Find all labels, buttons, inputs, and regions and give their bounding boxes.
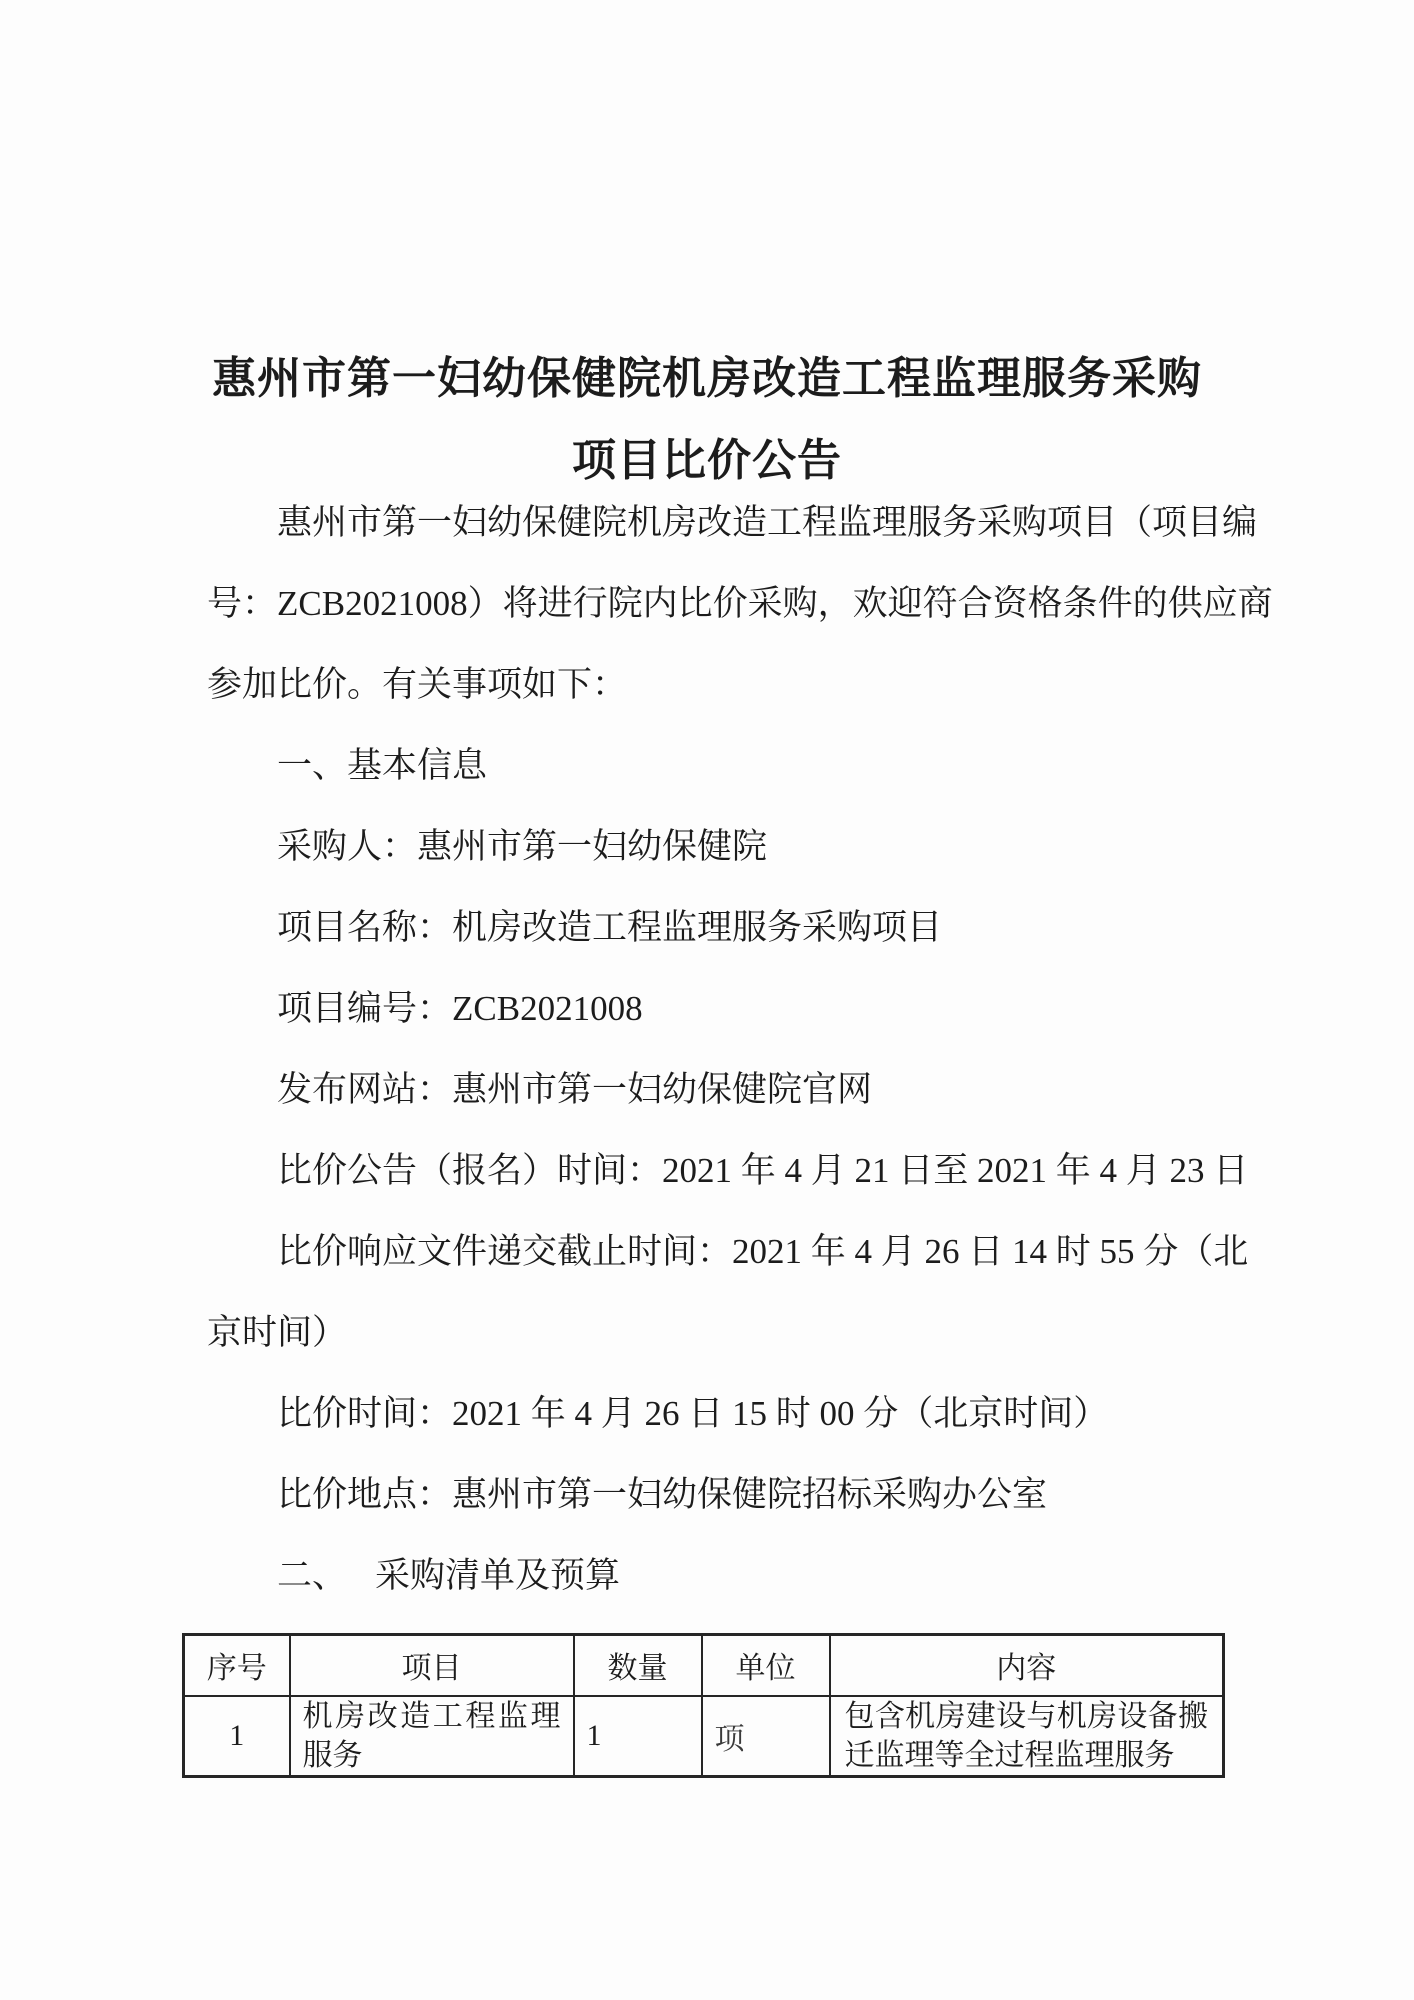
deadline-line-2: 京时间）	[207, 1292, 1207, 1373]
intro-line-3: 参加比价。有关事项如下：	[207, 644, 1207, 725]
project-name-line: 项目名称：机房改造工程监理服务采购项目	[207, 887, 1207, 968]
header-cell-unit: 单位	[702, 1635, 830, 1696]
scanned-document-page: 惠州市第一妇幼保健院机房改造工程监理服务采购 项目比价公告 惠州市第一妇幼保健院…	[0, 0, 1414, 2000]
header-cell-item: 项目	[290, 1635, 574, 1696]
document-content: 惠州市第一妇幼保健院机房改造工程监理服务采购 项目比价公告 惠州市第一妇幼保健院…	[207, 0, 1207, 1778]
publish-site-line: 发布网站：惠州市第一妇幼保健院官网	[207, 1049, 1207, 1130]
purchaser-line: 采购人：惠州市第一妇幼保健院	[207, 806, 1207, 887]
document-title: 惠州市第一妇幼保健院机房改造工程监理服务采购 项目比价公告	[207, 338, 1207, 502]
compare-time-line: 比价时间：2021 年 4 月 26 日 15 时 00 分（北京时间）	[207, 1373, 1207, 1454]
procurement-table: 序号 项目 数量 单位 内容 1 机房改造工程监理服务 1 项 包含机房建设与机…	[182, 1633, 1225, 1778]
table-header-row: 序号 项目 数量 单位 内容	[184, 1635, 1224, 1696]
title-line-1: 惠州市第一妇幼保健院机房改造工程监理服务采购	[207, 338, 1207, 420]
intro-line-2: 号：ZCB2021008）将进行院内比价采购，欢迎符合资格条件的供应商	[207, 563, 1207, 644]
section-2-label: 二、	[277, 1556, 347, 1595]
cell-content: 包含机房建设与机房设备搬迁监理等全过程监理服务	[830, 1696, 1224, 1777]
section-2-heading: 二、采购清单及预算	[207, 1535, 1207, 1616]
announce-time-line: 比价公告（报名）时间：2021 年 4 月 21 日至 2021 年 4 月 2…	[207, 1130, 1207, 1211]
header-cell-no: 序号	[184, 1635, 290, 1696]
compare-place-line: 比价地点：惠州市第一妇幼保健院招标采购办公室	[207, 1454, 1207, 1535]
header-cell-qty: 数量	[574, 1635, 702, 1696]
document-body: 惠州市第一妇幼保健院机房改造工程监理服务采购项目（项目编 号：ZCB202100…	[207, 482, 1207, 1616]
project-number-line: 项目编号：ZCB2021008	[207, 968, 1207, 1049]
section-1-heading: 一、基本信息	[207, 725, 1207, 806]
cell-qty: 1	[574, 1696, 702, 1777]
header-cell-content: 内容	[830, 1635, 1224, 1696]
cell-no: 1	[184, 1696, 290, 1777]
deadline-line-1: 比价响应文件递交截止时间：2021 年 4 月 26 日 14 时 55 分（北	[207, 1211, 1207, 1292]
intro-line-1: 惠州市第一妇幼保健院机房改造工程监理服务采购项目（项目编	[207, 482, 1207, 563]
cell-item: 机房改造工程监理服务	[290, 1696, 574, 1777]
table-row: 1 机房改造工程监理服务 1 项 包含机房建设与机房设备搬迁监理等全过程监理服务	[184, 1696, 1224, 1777]
cell-unit: 项	[702, 1696, 830, 1777]
section-2-title: 采购清单及预算	[375, 1556, 620, 1595]
